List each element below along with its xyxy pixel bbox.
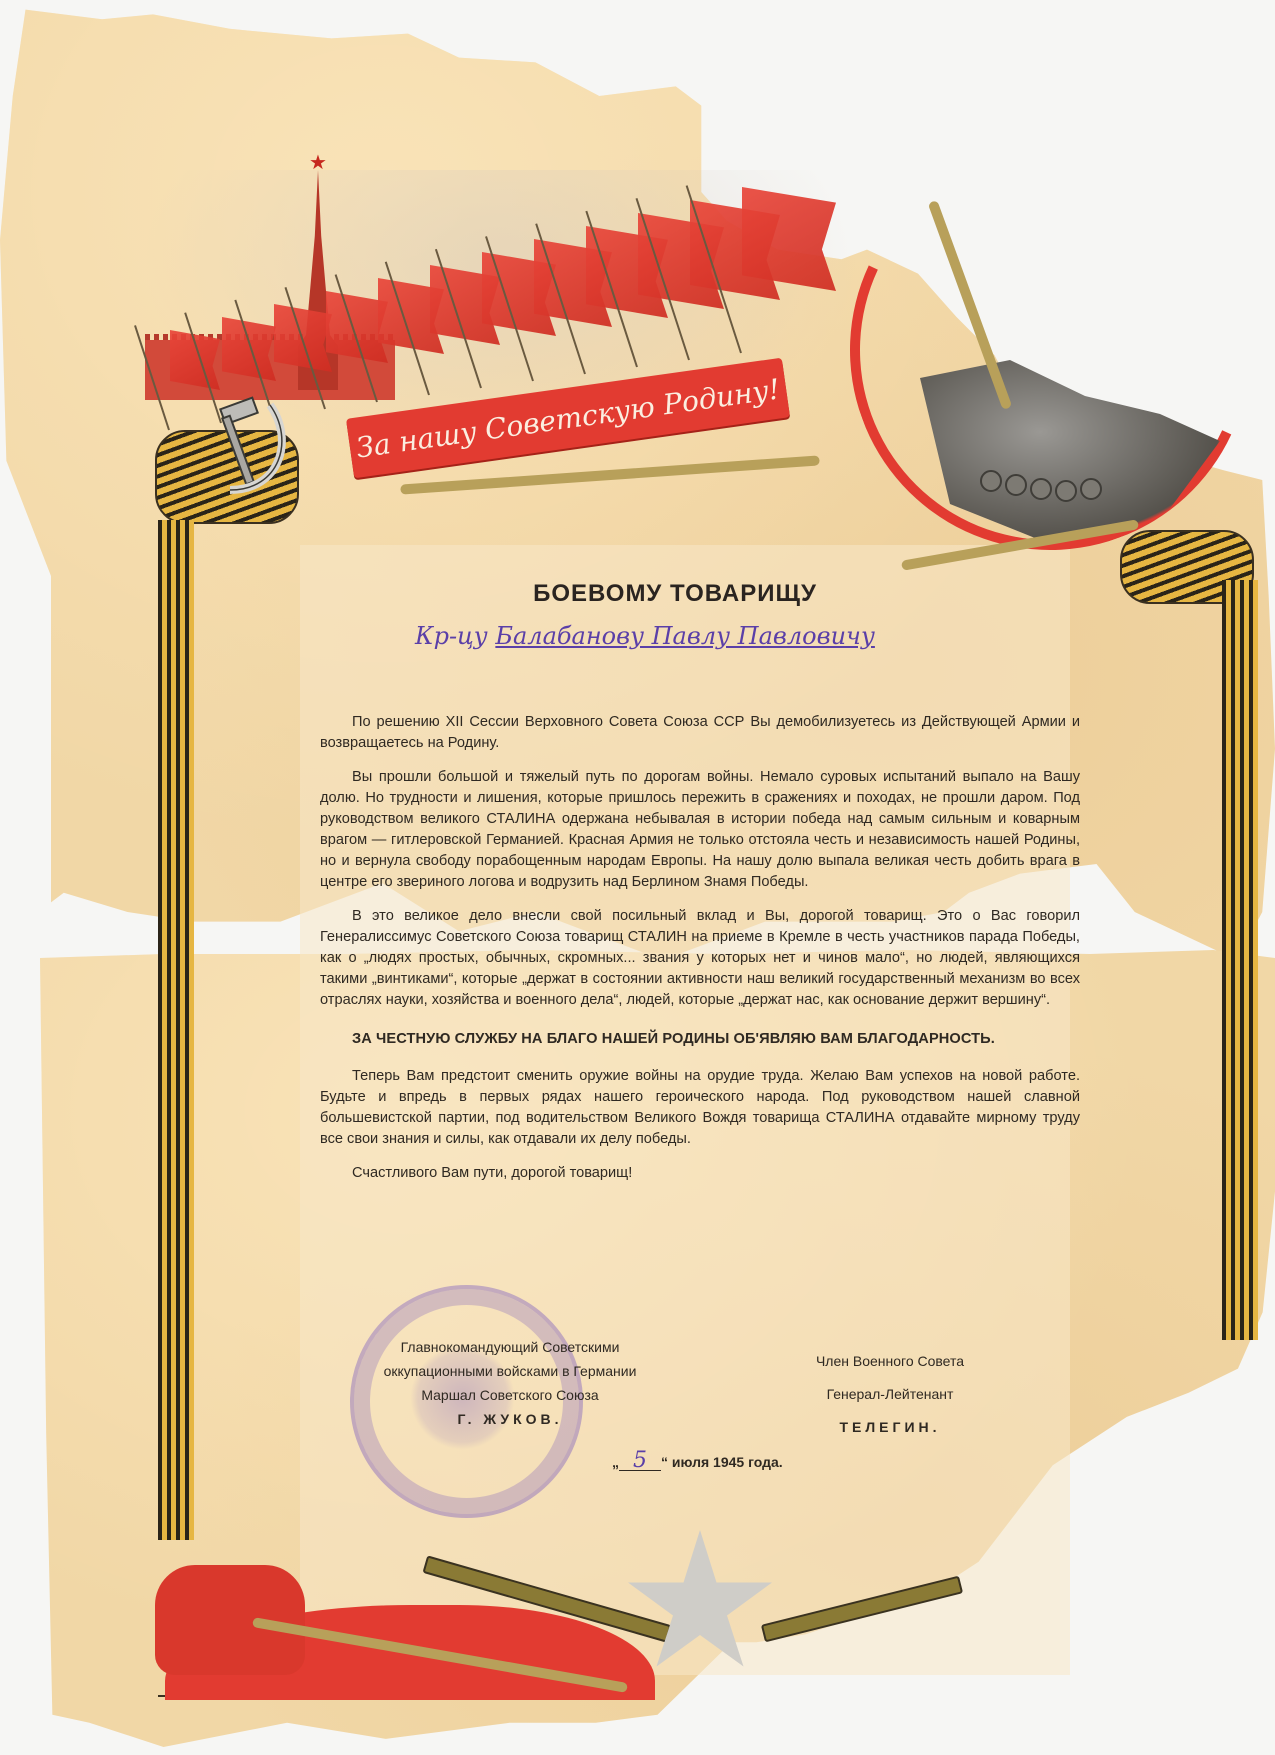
recipient-handwritten: Кр-цу Балабанову Павлу Павловичу — [415, 622, 975, 650]
signatory-name: ТЕЛЕГИН. — [790, 1411, 990, 1444]
document-date: „5“ июля 1945 года. — [612, 1452, 783, 1471]
signature-title-line: Маршал Советского Союза — [355, 1383, 665, 1407]
paragraph-war-path: Вы прошли большой и тяжелый путь по доро… — [320, 767, 1080, 893]
date-month-year: июля 1945 года. — [672, 1454, 783, 1470]
red-flag — [222, 317, 276, 381]
paragraph-peaceful-work: Теперь Вам предстоит сменить оружие войн… — [320, 1066, 1080, 1150]
signature-title-line: Главнокомандующий Советскими — [355, 1335, 665, 1359]
document-title: БОЕВОМУ ТОВАРИЩУ — [400, 580, 950, 608]
date-quote-open: „ — [612, 1454, 619, 1470]
medal-icon — [1055, 480, 1077, 502]
paragraph-contribution: В это великое дело внесли свой посильный… — [320, 906, 1080, 1011]
signature-title-line: оккупационными войсками в Германии — [355, 1359, 665, 1383]
bottom-ribbon-fold — [155, 1565, 305, 1675]
star-icon: ★ — [309, 150, 327, 175]
hammer-sickle-icon — [200, 395, 290, 505]
document-body: По решению XII Сессии Верховного Совета … — [320, 712, 1080, 1197]
medal-icon — [1080, 478, 1102, 500]
date-day-handwritten: 5 — [619, 1452, 661, 1471]
ribbon-border-left — [158, 520, 194, 1540]
medal-icon — [1030, 478, 1052, 500]
recipient-name: Балабанову Павлу Павловичу — [495, 622, 875, 650]
signature-title-line: Генерал-Лейтенант — [790, 1378, 990, 1411]
signature-block-telegin: Член Военного Совета Генерал-Лейтенант Т… — [790, 1345, 990, 1444]
medal-icon — [980, 470, 1002, 492]
ribbon-border-right-lower — [1222, 960, 1258, 1340]
red-flag — [742, 187, 836, 291]
ribbon-border-right — [1222, 580, 1258, 990]
medal-icon — [1005, 474, 1027, 496]
recipient-prefix: Кр-цу — [415, 622, 488, 650]
paragraph-farewell: Счастливого Вам пути, дорогой товарищ! — [320, 1163, 1080, 1184]
paragraph-demobilization: По решению XII Сессии Верховного Совета … — [320, 712, 1080, 754]
signature-block-zhukov: Главнокомандующий Советскими оккупационн… — [355, 1335, 665, 1431]
date-quote-close: “ — [661, 1454, 668, 1470]
signatory-name: Г. ЖУКОВ. — [355, 1407, 665, 1431]
signature-title-line: Член Военного Совета — [790, 1345, 990, 1378]
paragraph-gratitude: ЗА ЧЕСТНУЮ СЛУЖБУ НА БЛАГО НАШЕЙ РОДИНЫ … — [320, 1029, 1080, 1050]
